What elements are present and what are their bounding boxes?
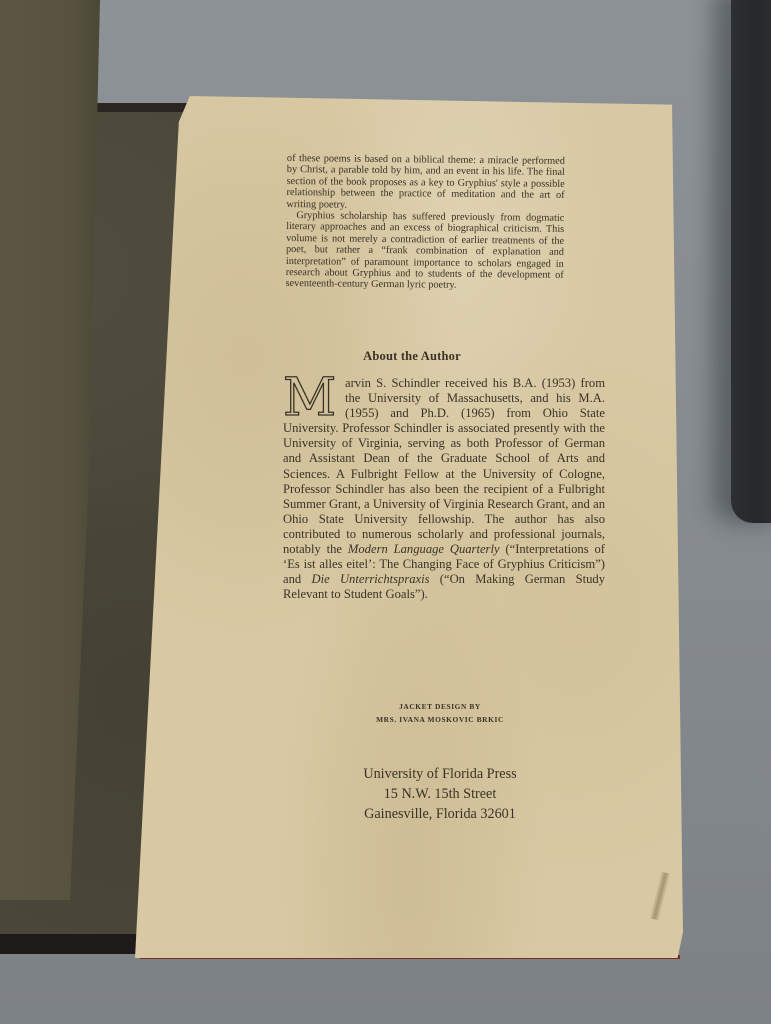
dark-object-right: [731, 0, 771, 523]
book-board-bottom-edge: [0, 934, 140, 954]
dropcap-letter: M: [283, 376, 339, 420]
about-author-heading: About the Author: [287, 349, 537, 364]
intro-text: of these poems is based on a biblical th…: [286, 153, 565, 293]
journal-title-2: Die Unterrichtspraxis: [311, 572, 429, 586]
publisher-street: 15 N.W. 15th Street: [330, 784, 550, 804]
credit-line-1: JACKET DESIGN BY: [330, 700, 550, 713]
journal-title-1: Modern Language Quarterly: [348, 542, 500, 556]
credit-line-2: MRS. IVANA MOSKOVIC BRKIC: [330, 713, 550, 726]
publisher-city: Gainesville, Florida 32601: [330, 804, 550, 824]
jacket-design-credit: JACKET DESIGN BY MRS. IVANA MOSKOVIC BRK…: [330, 700, 550, 726]
publisher-address: University of Florida Press 15 N.W. 15th…: [330, 764, 550, 824]
publisher-name: University of Florida Press: [330, 764, 550, 784]
photo-scene: of these poems is based on a biblical th…: [0, 0, 771, 1024]
about-author-body: Marvin S. Schindler received his B.A. (1…: [283, 376, 605, 602]
intro-paragraph-2: Gryphius scholarship has suffered previo…: [286, 210, 565, 293]
intro-paragraph-1: of these poems is based on a biblical th…: [286, 153, 565, 213]
